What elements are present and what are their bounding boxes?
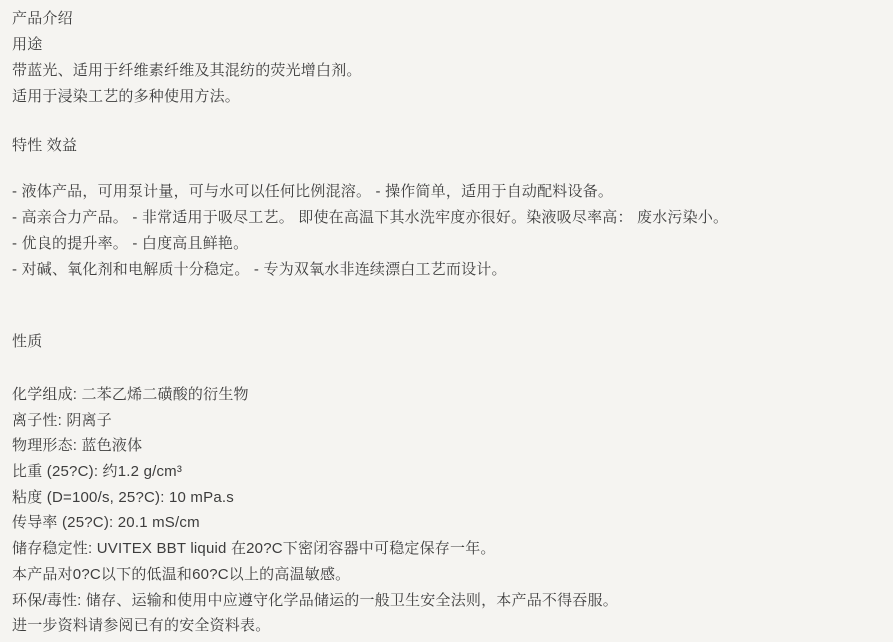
property-line-conductivity: 传导率 (25?C): 20.1 mS/cm (12, 510, 881, 536)
property-line-physical-form: 物理形态: 蓝色液体 (12, 433, 881, 459)
property-line-temperature-sensitivity: 本产品对0?C以下的低温和60?C以上的高温敏感。 (12, 562, 881, 588)
usage-line: 适用于浸染工艺的多种使用方法。 (12, 84, 881, 110)
property-line-specific-gravity: 比重 (25?C): 约1.2 g/cm³ (12, 459, 881, 485)
usage-line: 带蓝光、适用于纤维素纤维及其混纺的荧光增白剂。 (12, 58, 881, 84)
section-gap (12, 159, 881, 179)
feature-bullet: - 对碱、氧化剂和电解质十分稳定。 - 专为双氧水非连续漂白工艺而设计。 (12, 257, 881, 283)
property-line-chemical-composition: 化学组成: 二苯乙烯二磺酸的衍生物 (12, 382, 881, 408)
usage-heading: 用途 (12, 32, 881, 58)
product-document: 产品介绍 用途 带蓝光、适用于纤维素纤维及其混纺的荧光增白剂。 适用于浸染工艺的… (0, 0, 893, 639)
page-title: 产品介绍 (12, 6, 881, 32)
section-gap (12, 283, 881, 329)
section-gap (12, 355, 881, 382)
property-line-environment-toxicity: 环保/毒性: 储存、运输和使用中应遵守化学品储运的一般卫生安全法则，本产品不得吞… (12, 588, 881, 614)
property-line-further-info: 进一步资料请参阅已有的安全资料表。 (12, 613, 881, 639)
property-line-viscosity: 粘度 (D=100/s, 25?C): 10 mPa.s (12, 485, 881, 511)
features-heading: 特性 效益 (12, 133, 881, 159)
properties-heading: 性质 (12, 329, 881, 355)
feature-bullet: - 优良的提升率。 - 白度高且鲜艳。 (12, 231, 881, 257)
property-line-storage-stability: 储存稳定性: UVITEX BBT liquid 在20?C下密闭容器中可稳定保… (12, 536, 881, 562)
feature-bullet: - 高亲合力产品。 - 非常适用于吸尽工艺。 即使在高温下其水洗牢度亦很好。染液… (12, 205, 881, 231)
property-line-ionicity: 离子性: 阴离子 (12, 408, 881, 434)
section-gap (12, 110, 881, 133)
feature-bullet: - 液体产品，可用泵计量，可与水可以任何比例混溶。 - 操作简单，适用于自动配料… (12, 179, 881, 205)
properties-list: 化学组成: 二苯乙烯二磺酸的衍生物 离子性: 阴离子 物理形态: 蓝色液体 比重… (12, 382, 881, 639)
